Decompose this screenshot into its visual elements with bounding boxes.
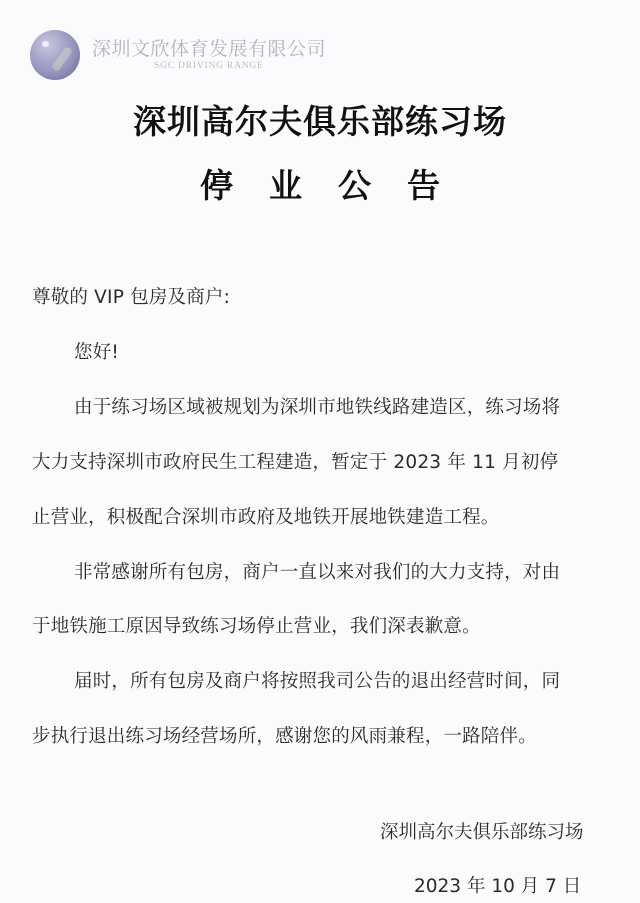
notice-title: 深圳高尔夫俱乐部练习场 bbox=[0, 96, 640, 143]
salutation: 尊敬的 VIP 包房及商户: bbox=[32, 283, 230, 309]
paragraph-line: 于地铁施工原因导致练习场停止营业，我们深表歉意。 bbox=[32, 612, 481, 638]
paragraph-line: 止营业，积极配合深圳市政府及地铁开展地铁建造工程。 bbox=[32, 503, 500, 529]
company-name-cn: 深圳文欣体育发展有限公司 bbox=[92, 34, 326, 61]
logo-highlight bbox=[42, 41, 49, 47]
paragraph-line: 非常感谢所有包房，商户一直以来对我们的大力支持，对由 bbox=[74, 558, 560, 584]
paragraph-line: 步执行退出练习场经营场所，感谢您的风雨兼程，一路陪伴。 bbox=[32, 722, 537, 748]
notice-date: 2023 年 10 月 7 日 bbox=[414, 872, 581, 898]
company-name-en: SGC DRIVING RANGE bbox=[154, 61, 264, 71]
paragraph-line: 由于练习场区域被规划为深圳市地铁线路建造区，练习场将 bbox=[74, 393, 560, 419]
logo-stripe bbox=[51, 46, 72, 72]
company-logo-icon bbox=[30, 30, 80, 80]
greeting: 您好! bbox=[74, 338, 119, 364]
notice-subtitle: 停业公告 bbox=[0, 160, 640, 207]
signature: 深圳高尔夫俱乐部练习场 bbox=[380, 818, 584, 844]
paragraph-line: 大力支持深圳市政府民生工程建造，暂定于 2023 年 11 月初停 bbox=[32, 448, 558, 474]
letterhead: 深圳文欣体育发展有限公司 SGC DRIVING RANGE bbox=[30, 26, 390, 82]
paragraph-line: 届时，所有包房及商户将按照我司公告的退出经营时间，同 bbox=[74, 667, 560, 693]
